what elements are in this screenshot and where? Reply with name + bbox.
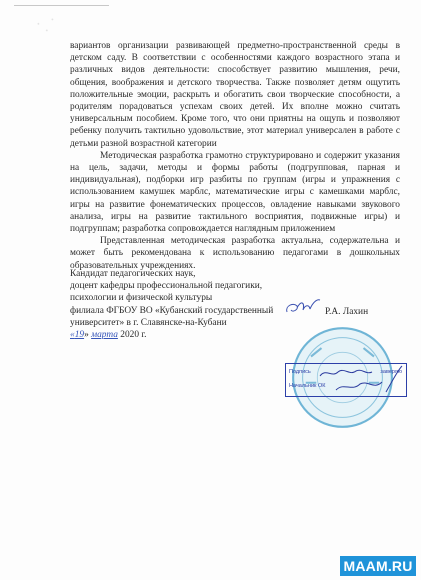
signature-date: «19» марта 2020 г. — [70, 329, 300, 341]
paragraph-1: вариантов организации развивающей предме… — [70, 40, 400, 150]
date-close-quote: » — [84, 330, 89, 340]
scan-edge-line — [14, 5, 109, 6]
maam-logo: MAAM.RU — [340, 556, 416, 576]
date-year: 2020 г. — [120, 330, 146, 340]
date-month: марта — [91, 330, 118, 340]
scan-noise — [30, 15, 58, 37]
stamp-signature-label: Подпись — [289, 369, 311, 375]
paragraph-3: Представленная методическая разработка а… — [70, 235, 400, 272]
signatory-title-line: университет» в г. Славянске-на-Кубани — [70, 317, 300, 329]
signatory-title-line: доцент кафедры профессиональной педагоги… — [70, 280, 300, 292]
document-body: вариантов организации развивающей предме… — [70, 40, 400, 272]
paragraph-2: Методическая разработка грамотно структу… — [70, 150, 400, 235]
stamp-handwriting-icon — [316, 364, 406, 396]
signatory-title-line: Кандидат педагогических наук, — [70, 268, 300, 280]
certification-stamp: Подпись заверяю Начальник ОК — [285, 363, 407, 397]
signatory-title-line: филиала ФГБОУ ВО «Кубанский государствен… — [70, 305, 300, 317]
signatory-block: Кандидат педагогических наук, доцент каф… — [70, 268, 300, 341]
date-day: 19 — [75, 330, 84, 340]
signatory-title-line: психологии и физической культуры — [70, 292, 300, 304]
signatory-name: Р.А. Лахин — [325, 307, 368, 317]
handwritten-signature-icon — [283, 296, 323, 318]
